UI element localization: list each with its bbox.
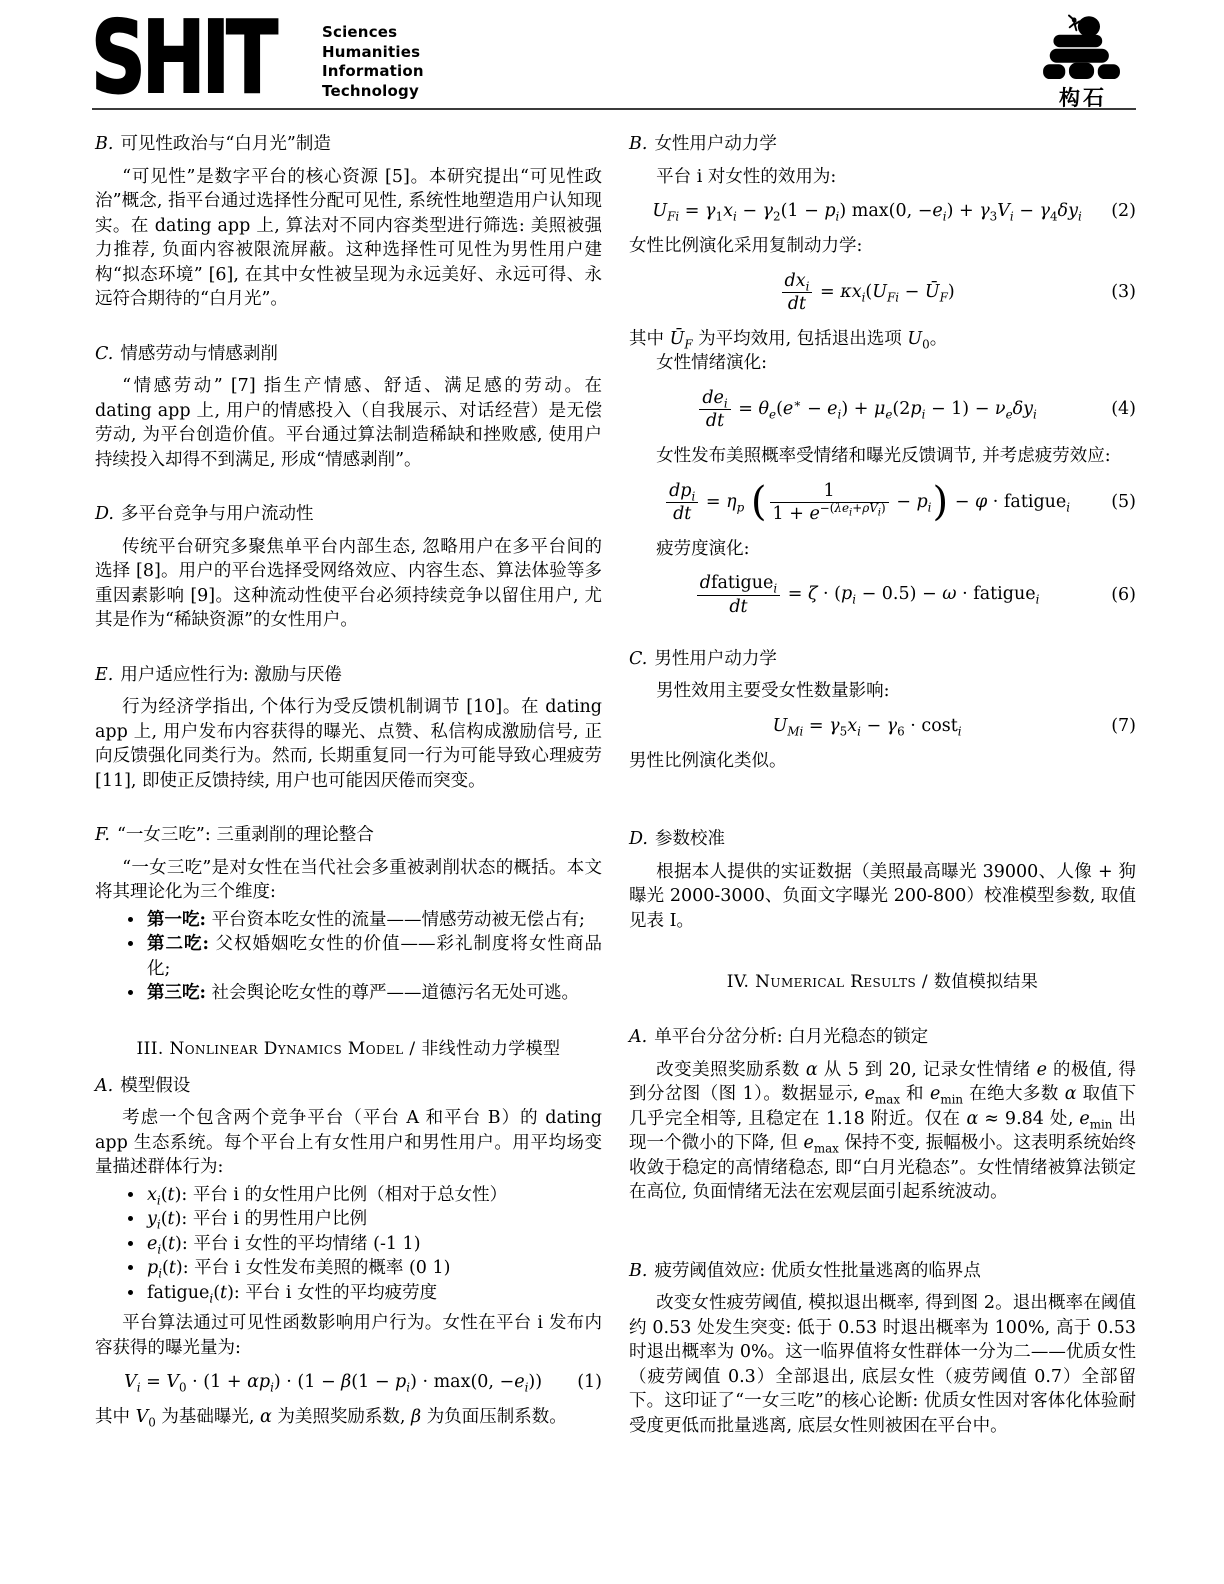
paragraph-fatigue-evolution: 疲劳度演化:	[629, 537, 1136, 562]
paragraph-visibility: “可见性”是数字平台的核心资源 [5]。本研究提出“可见性政治”概念, 指平台通…	[95, 165, 602, 312]
heading-label: D.	[95, 504, 114, 524]
heading-label: F.	[95, 825, 110, 845]
heading-male-dynamics: C.男性用户动力学	[629, 647, 1136, 672]
tagline-sciences: Sciences	[322, 23, 424, 43]
heading-female-dynamics: B.女性用户动力学	[629, 132, 1136, 157]
paper-page: SHIT Sciences Humanities Information Tec…	[0, 0, 1224, 1584]
equation-body: UMi = γ5xi − γ6 · costi	[629, 716, 1105, 736]
heading-title: 模型假设	[120, 1076, 190, 1096]
heading-multi-platform: D.多平台竞争与用户流动性	[95, 502, 602, 527]
heading-title: 情感劳动与情感剥削	[120, 344, 278, 364]
list-item-fatigue: fatiguei(t): 平台 i 女性的平均疲劳度	[145, 1281, 602, 1306]
heading-model-assumptions: A.模型假设	[95, 1074, 602, 1099]
list-item-third-eat: 第三吃: 社会舆论吃女性的尊严——道德污名无处可逃。	[145, 981, 602, 1006]
equation-body: UFi = γ1xi − γ2(1 − pi) max(0, −ei) + γ3…	[629, 201, 1105, 221]
heading-title: 男性用户动力学	[654, 649, 777, 669]
paragraph-adaptive-behavior: 行为经济学指出, 个体行为受反馈机制调节 [10]。在 dating app 上…	[95, 695, 602, 793]
left-column: B.可见性政治与“白月光”制造 “可见性”是数字平台的核心资源 [5]。本研究提…	[95, 130, 602, 1438]
right-column: B.女性用户动力学 平台 i 对女性的效用为: UFi = γ1xi − γ2(…	[629, 130, 1136, 1438]
list-item-first-eat: 第一吃: 平台资本吃女性的流量——情感劳动被无偿占有;	[145, 908, 602, 933]
tagline-humanities: Humanities	[322, 43, 424, 63]
equation-number: (7)	[1105, 716, 1136, 736]
tagline-information: Information	[322, 62, 424, 82]
heading-title: 参数校准	[655, 829, 725, 849]
masthead-divider	[92, 108, 1136, 110]
paragraph-emotional-labor: “情感劳动” [7] 指生产情感、舒适、满足感的劳动。在 dating app …	[95, 374, 602, 472]
heading-label: B.	[95, 134, 113, 154]
list-item-pi: pi(t): 平台 i 女性发布美照的概率 (0 1)	[145, 1256, 602, 1281]
equation-number: (3)	[1105, 282, 1136, 302]
heading-bifurcation: A.单平台分岔分析: 白月光稳态的锁定	[629, 1025, 1136, 1050]
heading-label: E.	[95, 665, 113, 685]
paragraph-mean-utility: 其中 ŪF 为平均效用, 包括退出选项 U0。	[629, 327, 1136, 352]
heading-title: “一女三吃”: 三重剥削的理论整合	[117, 825, 374, 845]
heading-label: B.	[629, 1261, 647, 1281]
tagline-technology: Technology	[322, 82, 424, 102]
heading-label: B.	[629, 134, 647, 154]
heading-title: 单平台分岔分析: 白月光稳态的锁定	[654, 1027, 928, 1047]
equation-number: (4)	[1105, 399, 1136, 419]
equation-1: Vi = V0 · (1 + αpi) · (1 − β(1 − pi) · m…	[95, 1372, 602, 1392]
heading-label: C.	[95, 344, 113, 364]
paragraph-male-similar: 男性比例演化类似。	[629, 749, 1136, 774]
paragraph-visibility-function: 平台算法通过可见性函数影响用户行为。女性在平台 i 发布内容获得的曝光量为:	[95, 1311, 602, 1360]
list-item-yi: yi(t): 平台 i 的男性用户比例	[145, 1207, 602, 1232]
equation-5: dpidt = ηp (11 + e−(λei+ρVi) − pi) − φ ·…	[629, 481, 1136, 524]
paragraph-male-utility: 男性效用主要受女性数量影响:	[629, 679, 1136, 704]
equation-number: (6)	[1105, 585, 1136, 605]
heading-label: A.	[629, 1027, 647, 1047]
paragraph-female-utility: 平台 i 对女性的效用为:	[629, 165, 1136, 190]
equation-body: dfatigueidt = ζ · (pi − 0.5) − ω · fatig…	[629, 573, 1105, 616]
paragraph-calibration: 根据本人提供的实证数据（美照最高曝光 39000、人像 + 狗曝光 2000-3…	[629, 860, 1136, 934]
heading-visibility-politics: B.可见性政治与“白月光”制造	[95, 132, 602, 157]
journal-masthead: SHIT Sciences Humanities Information Tec…	[95, 14, 1136, 108]
equation-2: UFi = γ1xi − γ2(1 − pi) max(0, −ei) + γ3…	[629, 201, 1136, 221]
paragraph-triple-intro: “一女三吃”是对女性在当代社会多重被剥削状态的概括。本文将其理论化为三个维度:	[95, 856, 602, 905]
paragraph-multi-platform: 传统平台研究多聚焦单平台内部生态, 忽略用户在多平台间的选择 [8]。用户的平台…	[95, 535, 602, 633]
equation-number: (1)	[571, 1372, 602, 1392]
list-item-xi: xi(t): 平台 i 的女性用户比例（相对于总女性）	[145, 1183, 602, 1208]
paragraph-fatigue-threshold: 改变女性疲劳阈值, 模拟退出概率, 得到图 2。退出概率在阈值约 0.53 处发…	[629, 1291, 1136, 1438]
heading-triple-exploitation: F.“一女三吃”: 三重剥削的理论整合	[95, 823, 602, 848]
paragraph-model-setup: 考虑一个包含两个竞争平台（平台 A 和平台 B）的 dating app 生态系…	[95, 1106, 602, 1180]
section-heading-model: III. Nonlinear Dynamics Model / 非线性动力学模型	[99, 1036, 598, 1062]
equation-7: UMi = γ5xi − γ6 · costi (7)	[629, 716, 1136, 736]
heading-title: 用户适应性行为: 激励与厌倦	[120, 665, 341, 685]
equation-body: deidt = θe(e∗ − ei) + μe(2pi − 1) − νeδy…	[629, 388, 1105, 431]
paragraph-photo-probability: 女性发布美照概率受情绪和曝光反馈调节, 并考虑疲劳效应:	[629, 444, 1136, 469]
equation-body: dpidt = ηp (11 + e−(λei+ρVi) − pi) − φ ·…	[629, 481, 1105, 524]
journal-logo: SHIT	[91, 8, 274, 108]
heading-title: 多平台竞争与用户流动性	[121, 504, 314, 524]
equation-body: dxidt = κxi(UFi − ŪF)	[629, 271, 1105, 314]
list-item-second-eat: 第二吃: 父权婚姻吃女性的价值——彩礼制度将女性商品化;	[145, 932, 602, 981]
paragraph-emotion-evolution: 女性情绪演化:	[629, 351, 1136, 376]
article-body: B.可见性政治与“白月光”制造 “可见性”是数字平台的核心资源 [5]。本研究提…	[95, 130, 1136, 1438]
heading-calibration: D.参数校准	[629, 827, 1136, 852]
heading-title: 可见性政治与“白月光”制造	[120, 134, 330, 154]
heading-fatigue-threshold: B.疲劳阈值效应: 优质女性批量逃离的临界点	[629, 1259, 1136, 1284]
heading-label: C.	[629, 649, 647, 669]
heading-adaptive-behavior: E.用户适应性行为: 激励与厌倦	[95, 663, 602, 688]
publisher-seal: 构石	[1033, 14, 1133, 112]
equation-number: (5)	[1105, 492, 1136, 512]
heading-title: 女性用户动力学	[654, 134, 777, 154]
section-heading-results: IV. Numerical Results / 数值模拟结果	[633, 969, 1132, 995]
equation-4: deidt = θe(e∗ − ei) + μe(2pi − 1) − νeδy…	[629, 388, 1136, 431]
paragraph-bifurcation: 改变美照奖励系数 α 从 5 到 20, 记录女性情绪 e 的极值, 得到分岔图…	[629, 1058, 1136, 1205]
journal-tagline: Sciences Humanities Information Technolo…	[322, 23, 424, 101]
equation-number: (2)	[1105, 201, 1136, 221]
heading-label: A.	[95, 1076, 113, 1096]
variable-list: xi(t): 平台 i 的女性用户比例（相对于总女性） yi(t): 平台 i …	[95, 1183, 602, 1306]
rock-pile-icon	[1042, 14, 1124, 82]
heading-label: D.	[629, 829, 648, 849]
heading-title: 疲劳阈值效应: 优质女性批量逃离的临界点	[654, 1261, 980, 1281]
paragraph-eq1-params: 其中 V0 为基础曝光, α 为美照奖励系数, β 为负面压制系数。	[95, 1405, 602, 1430]
heading-emotional-labor: C.情感劳动与情感剥削	[95, 342, 602, 367]
equation-3: dxidt = κxi(UFi − ŪF) (3)	[629, 271, 1136, 314]
equation-body: Vi = V0 · (1 + αpi) · (1 − β(1 − pi) · m…	[95, 1372, 571, 1392]
list-item-ei: ei(t): 平台 i 女性的平均情绪 (-1 1)	[145, 1232, 602, 1257]
equation-6: dfatigueidt = ζ · (pi − 0.5) − ω · fatig…	[629, 573, 1136, 616]
paragraph-replicator: 女性比例演化采用复制动力学:	[629, 234, 1136, 259]
triple-exploitation-list: 第一吃: 平台资本吃女性的流量——情感劳动被无偿占有; 第二吃: 父权婚姻吃女性…	[95, 908, 602, 1006]
